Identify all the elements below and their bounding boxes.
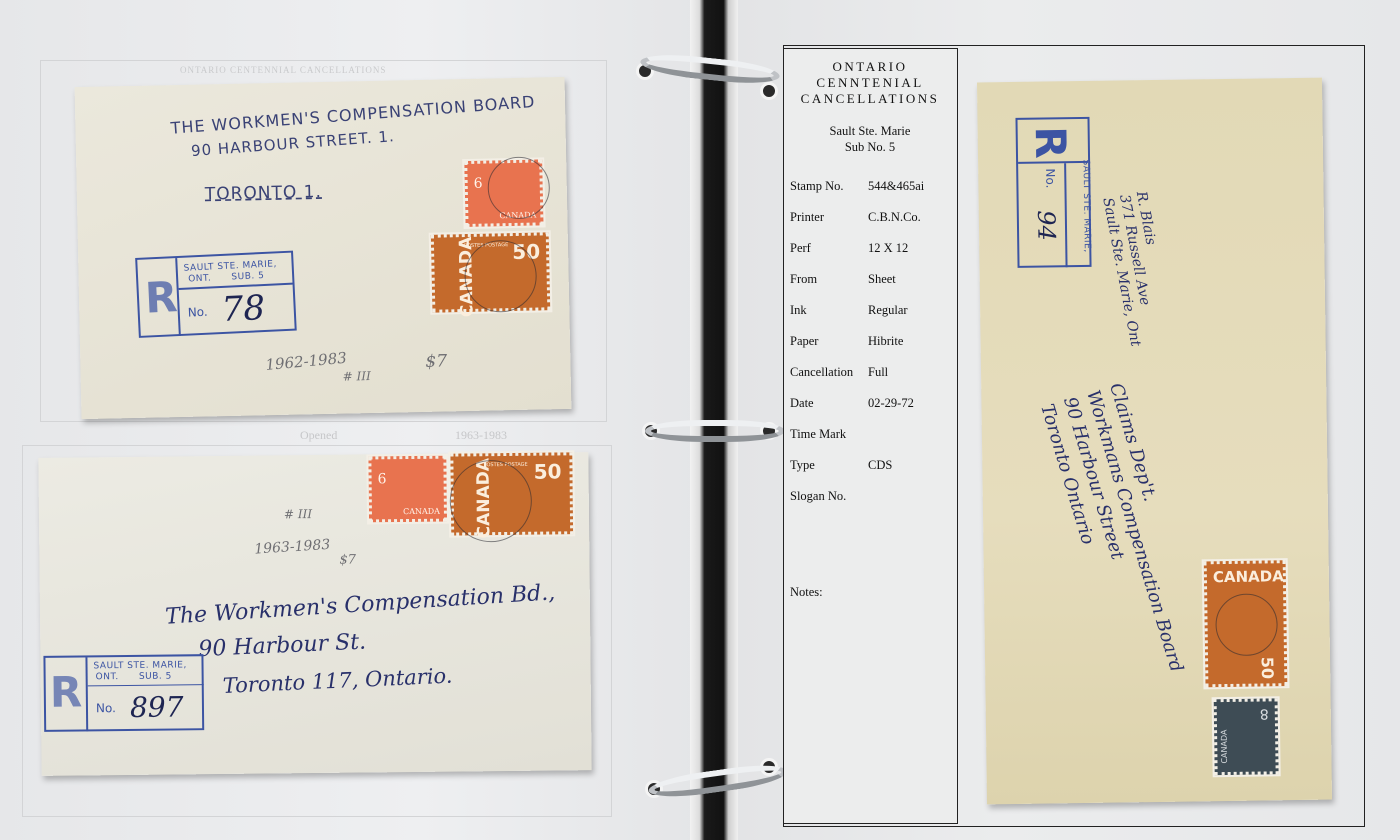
registration-letter: R [50, 671, 83, 713]
card-field-value: C.B.N.Co. [868, 210, 921, 225]
registration-office: SAULT STE. MARIE, [1080, 159, 1093, 269]
registration-number: 78 [221, 288, 266, 330]
stamp-50c: CANADA POSTES POSTAGE 50 [450, 452, 573, 535]
stamp-50c: CANADA 50 [1204, 560, 1288, 687]
registration-no-label: No. [96, 701, 116, 715]
pencil-catalog: # III [284, 507, 312, 521]
registration-number: 897 [130, 690, 184, 724]
card-field-value: Sheet [868, 272, 896, 287]
pencil-years: 1962-1983 [265, 349, 348, 374]
registration-stamp: R SAULT STE. MARIE, No. 94 [1015, 117, 1091, 268]
stamp-50c: CANADA POSTES POSTAGE 50 [431, 232, 551, 312]
card-field-value: CDS [868, 458, 892, 473]
card-field-label: Time Mark [790, 427, 846, 442]
card-field-label: Perf [790, 241, 811, 256]
card-field-label: Stamp No. [790, 179, 843, 194]
registration-sub: ONT. SUB. 5 [188, 271, 265, 286]
card-title-line-1: ONTARIO [784, 59, 956, 74]
card-title-line-3: CANCELLATIONS [784, 91, 956, 106]
pencil-years: 1963-1983 [254, 537, 331, 558]
registration-letter: R [144, 276, 178, 319]
card-field-label: Cancellation [790, 365, 853, 380]
card-field-label: Ink [790, 303, 807, 318]
punch-hole [760, 82, 778, 100]
pencil-price: $7 [425, 351, 447, 371]
address-line-3: Toronto 117, Ontario. [222, 664, 453, 698]
registration-no-label: No. [187, 305, 208, 320]
card-field-label: Type [790, 458, 815, 473]
registration-office: SAULT STE. MARIE, [93, 660, 186, 672]
address-line-1: The Workmen's Compensation Bd., [165, 580, 556, 629]
card-field-value: Full [868, 365, 888, 380]
card-field-label: From [790, 272, 817, 287]
stamp-8c: 8 CANADA [1214, 698, 1279, 775]
envelope-bottom-left: # III 1963-1983 $7 The Workmen's Compens… [38, 452, 591, 776]
stamp-6c: 6 CANADA [368, 456, 447, 523]
card-field-label: Printer [790, 210, 824, 225]
faint-label-years: 1963-1983 [455, 428, 507, 443]
pencil-price: $7 [339, 553, 356, 568]
faint-page-header: ONTARIO CENTENNIAL CANCELLATIONS [180, 65, 386, 75]
card-field-value: Hibrite [868, 334, 903, 349]
address-line-3: TORONTO 1. [205, 182, 322, 204]
registration-stamp: R SAULT STE. MARIE, ONT. SUB. 5 No. 897 [43, 654, 204, 732]
envelope-top-left: THE WORKMEN'S COMPENSATION BOARD 90 HARB… [75, 77, 572, 419]
card-field-value: 544&465ai [868, 179, 924, 194]
address-line-2: 90 Harbour St. [198, 630, 367, 663]
card-field-label: Date [790, 396, 814, 411]
card-field-value: 12 X 12 [868, 241, 908, 256]
pencil-catalog: # III [343, 369, 371, 384]
card-title-line-2: CENNTENIAL [784, 75, 956, 90]
registration-no-label: No. [1043, 168, 1057, 188]
card-sub-office: Sub No. 5 [784, 139, 956, 155]
registration-number: 94 [1032, 210, 1060, 241]
binder-ring-middle [645, 420, 785, 442]
registration-stamp: R SAULT STE. MARIE, ONT. SUB. 5 No. 78 [135, 251, 297, 338]
registration-letter: R [1029, 126, 1071, 159]
info-card: ONTARIO CENNTENIAL CANCELLATIONS Sault S… [783, 48, 958, 824]
card-field-value: 02-29-72 [868, 396, 914, 411]
registration-sub: ONT. SUB. 5 [96, 672, 172, 684]
envelope-right: R SAULT STE. MARIE, No. 94 R. Blais 371 … [977, 78, 1332, 805]
stamp-6c: 6 CANADA [464, 159, 543, 227]
faint-label-opened: Opened [300, 428, 337, 443]
card-location: Sault Ste. Marie [784, 123, 956, 139]
card-field-label: Paper [790, 334, 818, 349]
card-field-value: Regular [868, 303, 908, 318]
card-field-label: Slogan No. [790, 489, 846, 504]
